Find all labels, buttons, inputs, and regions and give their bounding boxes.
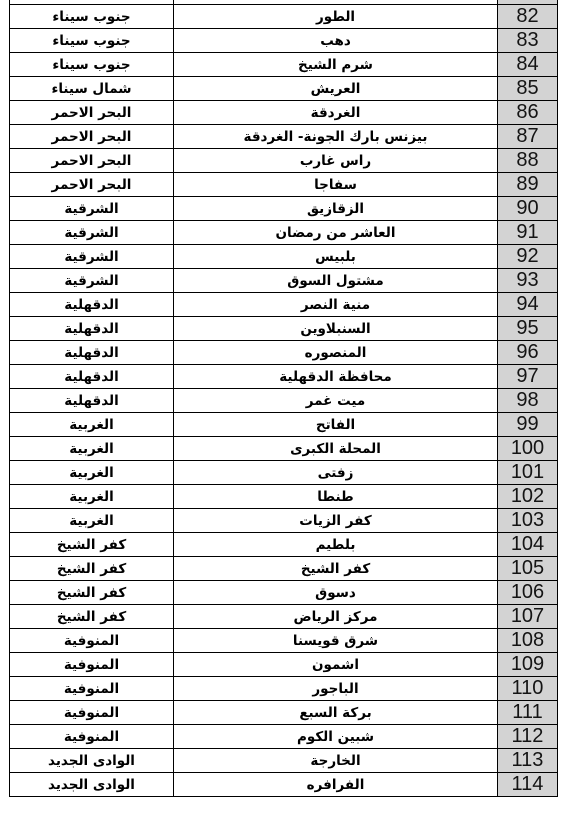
table-row: الدقهلية السنبلاوين 95 <box>10 317 558 341</box>
number-cell: 92 <box>498 245 558 269</box>
city-cell: شرق قويسنا <box>174 629 498 653</box>
governorate-cell: جنوب سيناء <box>10 5 174 29</box>
number-cell: 103 <box>498 509 558 533</box>
number-cell: 90 <box>498 197 558 221</box>
governorate-cell: المنوفية <box>10 677 174 701</box>
city-cell: زفتى <box>174 461 498 485</box>
governorate-cell: الشرقية <box>10 269 174 293</box>
table-row: جنوب سيناء دهب 83 <box>10 29 558 53</box>
city-cell: العريش <box>174 77 498 101</box>
city-cell: الطور <box>174 5 498 29</box>
table-row: الغربية المحلة الكبرى 100 <box>10 437 558 461</box>
city-cell: دسوق <box>174 581 498 605</box>
city-cell: الفرافره <box>174 773 498 797</box>
table-row: المنوفية شرق قويسنا 108 <box>10 629 558 653</box>
governorate-cell: الدقهلية <box>10 341 174 365</box>
city-cell: الباجور <box>174 677 498 701</box>
table-row: جنوب سيناء الطور 82 <box>10 5 558 29</box>
governorate-cell: كفر الشيخ <box>10 605 174 629</box>
number-cell: 91 <box>498 221 558 245</box>
table-row: الدقهلية محافظة الدقهلية 97 <box>10 365 558 389</box>
city-cell: الزقازيق <box>174 197 498 221</box>
governorate-cell: الشرقية <box>10 197 174 221</box>
number-cell: 114 <box>498 773 558 797</box>
city-cell: محافظة الدقهلية <box>174 365 498 389</box>
city-cell: العاشر من رمضان <box>174 221 498 245</box>
governorate-cell: جنوب سيناء <box>10 29 174 53</box>
table-row: كفر الشيخ دسوق 106 <box>10 581 558 605</box>
number-cell: 83 <box>498 29 558 53</box>
table-row: البحر الاحمر راس غارب 88 <box>10 149 558 173</box>
number-cell: 113 <box>498 749 558 773</box>
table-row: البحر الاحمر الغردقة 86 <box>10 101 558 125</box>
city-cell: بيزنس بارك الجونة- الغردقة <box>174 125 498 149</box>
city-cell: الخارجة <box>174 749 498 773</box>
governorate-cell: الدقهلية <box>10 365 174 389</box>
city-cell: الغردقة <box>174 101 498 125</box>
number-cell: 100 <box>498 437 558 461</box>
governorate-cell: البحر الاحمر <box>10 101 174 125</box>
city-cell: ميت غمر <box>174 389 498 413</box>
governorate-cell: الغربية <box>10 461 174 485</box>
table-row: الغربية كفر الزيات 103 <box>10 509 558 533</box>
city-cell: منية النصر <box>174 293 498 317</box>
city-cell: بركة السبع <box>174 701 498 725</box>
table-row: المنوفية شبين الكوم 112 <box>10 725 558 749</box>
city-cell: السنبلاوين <box>174 317 498 341</box>
city-cell: اشمون <box>174 653 498 677</box>
number-cell: 98 <box>498 389 558 413</box>
number-cell: 110 <box>498 677 558 701</box>
city-cell: شرم الشيخ <box>174 53 498 77</box>
number-cell: 112 <box>498 725 558 749</box>
table-row: الشرقية العاشر من رمضان 91 <box>10 221 558 245</box>
number-cell: 82 <box>498 5 558 29</box>
table-row: الدقهلية منية النصر 94 <box>10 293 558 317</box>
governorate-cell: الغربية <box>10 509 174 533</box>
governorate-cell: البحر الاحمر <box>10 149 174 173</box>
governorate-cell: الغربية <box>10 485 174 509</box>
governorate-cell: الوادى الجديد <box>10 773 174 797</box>
table-row: البحر الاحمر سفاجا 89 <box>10 173 558 197</box>
governorate-cell: البحر الاحمر <box>10 173 174 197</box>
number-cell: 85 <box>498 77 558 101</box>
city-cell: طنطا <box>174 485 498 509</box>
number-cell: 108 <box>498 629 558 653</box>
table-row: شمال سيناء العريش 85 <box>10 77 558 101</box>
offices-table: جنوب سيناء الطور 82 جنوب سيناء دهب 83 جن… <box>9 0 558 797</box>
city-cell: راس غارب <box>174 149 498 173</box>
city-cell: سفاجا <box>174 173 498 197</box>
table-row: جنوب سيناء شرم الشيخ 84 <box>10 53 558 77</box>
number-cell: 105 <box>498 557 558 581</box>
table-row: كفر الشيخ كفر الشيخ 105 <box>10 557 558 581</box>
table-row: المنوفية بركة السبع 111 <box>10 701 558 725</box>
governorate-cell: الدقهلية <box>10 293 174 317</box>
table-body: جنوب سيناء الطور 82 جنوب سيناء دهب 83 جن… <box>10 0 558 797</box>
table-row: الشرقية بلبيس 92 <box>10 245 558 269</box>
governorate-cell: المنوفية <box>10 629 174 653</box>
city-cell: شبين الكوم <box>174 725 498 749</box>
table-row: الغربية طنطا 102 <box>10 485 558 509</box>
table-row: البحر الاحمر بيزنس بارك الجونة- الغردقة … <box>10 125 558 149</box>
governorate-cell: المنوفية <box>10 725 174 749</box>
governorate-cell: جنوب سيناء <box>10 53 174 77</box>
city-cell: الفاتح <box>174 413 498 437</box>
number-cell: 102 <box>498 485 558 509</box>
table-row: الدقهلية ميت غمر 98 <box>10 389 558 413</box>
table-row: الدقهلية المنصوره 96 <box>10 341 558 365</box>
governorate-cell: الدقهلية <box>10 389 174 413</box>
governorate-cell: الوادى الجديد <box>10 749 174 773</box>
governorate-cell: شمال سيناء <box>10 77 174 101</box>
number-cell: 94 <box>498 293 558 317</box>
governorate-cell: المنوفية <box>10 701 174 725</box>
city-cell: المحلة الكبرى <box>174 437 498 461</box>
city-cell: بلبيس <box>174 245 498 269</box>
governorate-cell: كفر الشيخ <box>10 581 174 605</box>
city-cell: كفر الشيخ <box>174 557 498 581</box>
city-cell: المنصوره <box>174 341 498 365</box>
governorate-cell: البحر الاحمر <box>10 125 174 149</box>
number-cell: 93 <box>498 269 558 293</box>
number-cell: 87 <box>498 125 558 149</box>
number-cell: 99 <box>498 413 558 437</box>
number-cell: 104 <box>498 533 558 557</box>
table-row: الشرقية مشتول السوق 93 <box>10 269 558 293</box>
governorate-cell: المنوفية <box>10 653 174 677</box>
governorate-cell: الشرقية <box>10 221 174 245</box>
governorate-cell: كفر الشيخ <box>10 533 174 557</box>
number-cell: 88 <box>498 149 558 173</box>
number-cell: 86 <box>498 101 558 125</box>
table-row: الوادى الجديد الفرافره 114 <box>10 773 558 797</box>
number-cell: 96 <box>498 341 558 365</box>
governorate-cell: كفر الشيخ <box>10 557 174 581</box>
number-cell: 95 <box>498 317 558 341</box>
city-cell: بلطيم <box>174 533 498 557</box>
city-cell: مشتول السوق <box>174 269 498 293</box>
city-cell: دهب <box>174 29 498 53</box>
table-row: المنوفية اشمون 109 <box>10 653 558 677</box>
document-page: جنوب سيناء الطور 82 جنوب سيناء دهب 83 جن… <box>0 0 567 827</box>
number-cell: 89 <box>498 173 558 197</box>
governorate-cell: الشرقية <box>10 245 174 269</box>
number-cell: 111 <box>498 701 558 725</box>
governorate-cell: الغربية <box>10 437 174 461</box>
table-row: الغربية الفاتح 99 <box>10 413 558 437</box>
number-cell: 109 <box>498 653 558 677</box>
number-cell: 107 <box>498 605 558 629</box>
city-cell: كفر الزيات <box>174 509 498 533</box>
number-cell: 97 <box>498 365 558 389</box>
table-row: كفر الشيخ مركز الرياض 107 <box>10 605 558 629</box>
table-row: الغربية زفتى 101 <box>10 461 558 485</box>
table-row: المنوفية الباجور 110 <box>10 677 558 701</box>
table-row: الوادى الجديد الخارجة 113 <box>10 749 558 773</box>
number-cell: 106 <box>498 581 558 605</box>
number-cell: 84 <box>498 53 558 77</box>
governorate-cell: الدقهلية <box>10 317 174 341</box>
city-cell: مركز الرياض <box>174 605 498 629</box>
governorate-cell: الغربية <box>10 413 174 437</box>
table-row: كفر الشيخ بلطيم 104 <box>10 533 558 557</box>
number-cell: 101 <box>498 461 558 485</box>
table-row: الشرقية الزقازيق 90 <box>10 197 558 221</box>
